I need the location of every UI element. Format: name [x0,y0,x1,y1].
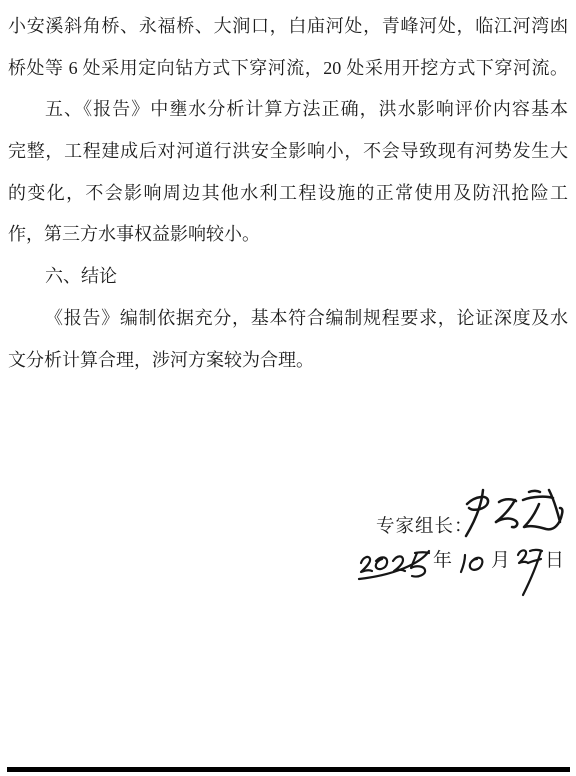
handwritten-year [357,545,435,581]
text-line: 的变化，不会影响周边其他水利工程设施的正常使用及防汛抢险工 [8,173,568,215]
year-unit-label: 年 [433,551,452,571]
month-unit-label: 月 [491,551,510,571]
scan-edge-artifact [7,767,570,772]
date-line: 年 月 日 [357,542,564,597]
text-line: 作，第三方水事权益影响较小。 [8,214,568,256]
document-text: 小安溪斜角桥、永福桥、大涧口，白庙河处，青峰河处，临江河湾凼桥处等 6 处采用定… [8,6,568,381]
text-line: 五、《报告》中壅水分析计算方法正确，洪水影响评价内容基本 [8,89,568,131]
handwritten-month [457,549,487,577]
handwritten-day [515,543,543,597]
day-unit-label: 日 [545,551,564,571]
handwritten-signature [459,486,565,542]
text-line: 小安溪斜角桥、永福桥、大涧口，白庙河处，青峰河处，临江河湾凼 [8,6,568,48]
text-line: 桥处等 6 处采用定向钻方式下穿河流，20 处采用开挖方式下穿河流。 [8,48,568,90]
page-root: { "page": { "background_color": "#ffffff… [0,0,576,776]
text-line: 文分析计算合理，涉河方案较为合理。 [8,340,568,382]
text-line: 完整，工程建成后对河道行洪安全影响小，不会导致现有河势发生大 [8,131,568,173]
text-line: 《报告》编制依据充分，基本符合编制规程要求，论证深度及水 [8,298,568,340]
text-line: 六、结论 [8,256,568,298]
